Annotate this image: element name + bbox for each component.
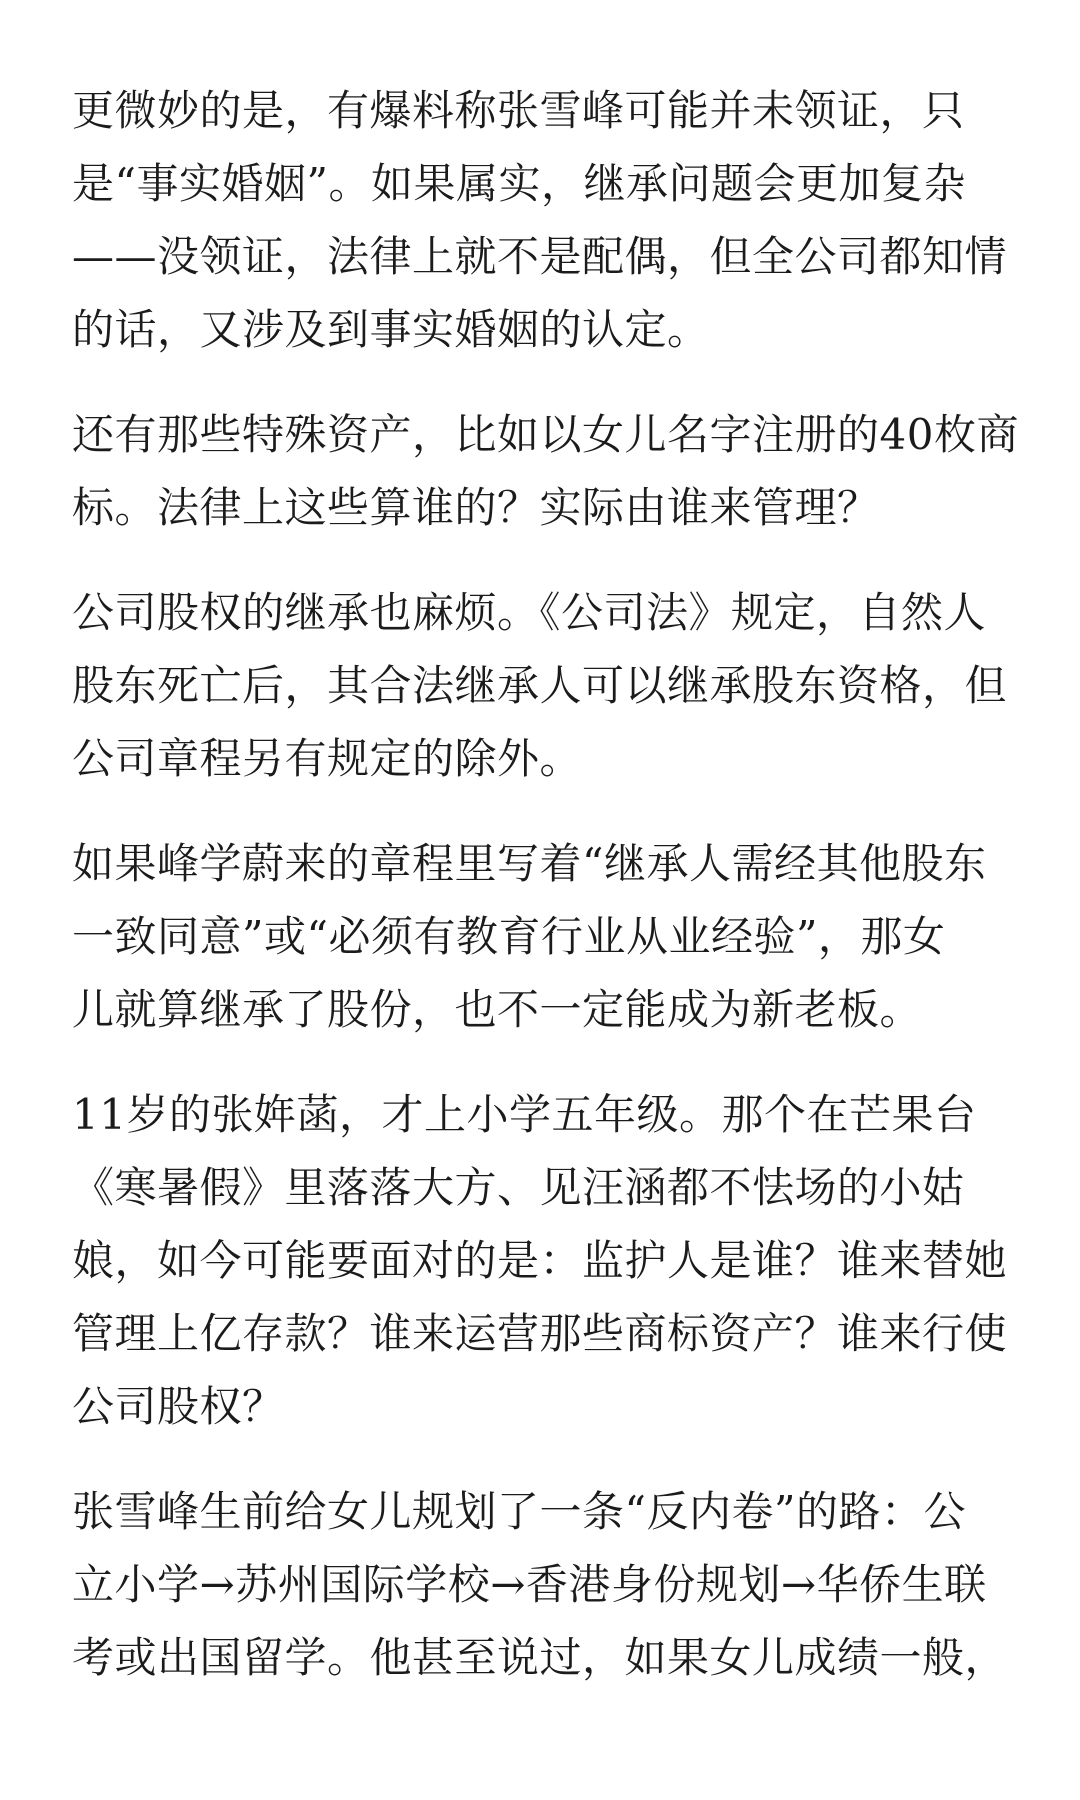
text-line: 一致同意”或“必须有教育行业从业经验”，那女 (72, 900, 1012, 973)
text-line: 考或出国留学。他甚至说过，如果女儿成绩一般， (72, 1621, 1012, 1694)
text-line: 如果峰学蔚来的章程里写着“继承人需经其他股东 (72, 827, 1012, 900)
text-line: 标。法律上这些算谁的？实际由谁来管理？ (72, 471, 1012, 544)
text-line: 的话，又涉及到事实婚姻的认定。 (72, 293, 1012, 366)
text-line: 股东死亡后，其合法继承人可以继承股东资格，但 (72, 649, 1012, 722)
paragraph-company-law: 公司股权的继承也麻烦。《公司法》规定，自然人 股东死亡后，其合法继承人可以继承股… (72, 576, 1012, 795)
text-line: 11岁的张姩菡，才上小学五年级。那个在芒果台 (72, 1078, 1012, 1151)
article-body: 更微妙的是，有爆料称张雪峰可能并未领证，只 是“事实婚姻”。如果属实，继承问题会… (72, 74, 1012, 1726)
paragraph-daughter-questions: 11岁的张姩菡，才上小学五年级。那个在芒果台 《寒暑假》里落落大方、见汪涵都不怯… (72, 1078, 1012, 1443)
text-line: 娘，如今可能要面对的是：监护人是谁？谁来替她 (72, 1224, 1012, 1297)
text-line: 公司章程另有规定的除外。 (72, 722, 1012, 795)
text-line: ——没领证，法律上就不是配偶，但全公司都知情 (72, 220, 1012, 293)
paragraph-marriage-status: 更微妙的是，有爆料称张雪峰可能并未领证，只 是“事实婚姻”。如果属实，继承问题会… (72, 74, 1012, 366)
text-line: 更微妙的是，有爆料称张雪峰可能并未领证，只 (72, 74, 1012, 147)
text-line: 立小学→苏州国际学校→香港身份规划→华侨生联 (72, 1548, 1012, 1621)
text-line: 儿就算继承了股份，也不一定能成为新老板。 (72, 973, 1012, 1046)
text-line: 公司股权？ (72, 1370, 1012, 1443)
text-line: 公司股权的继承也麻烦。《公司法》规定，自然人 (72, 576, 1012, 649)
text-line: 张雪峰生前给女儿规划了一条“反内卷”的路：公 (72, 1475, 1012, 1548)
paragraph-education-plan: 张雪峰生前给女儿规划了一条“反内卷”的路：公 立小学→苏州国际学校→香港身份规划… (72, 1475, 1012, 1694)
text-line: 《寒暑假》里落落大方、见汪涵都不怯场的小姑 (72, 1151, 1012, 1224)
text-line: 管理上亿存款？谁来运营那些商标资产？谁来行使 (72, 1297, 1012, 1370)
paragraph-trademark-assets: 还有那些特殊资产，比如以女儿名字注册的40枚商 标。法律上这些算谁的？实际由谁来… (72, 398, 1012, 544)
text-line: 是“事实婚姻”。如果属实，继承问题会更加复杂 (72, 147, 1012, 220)
text-line: 还有那些特殊资产，比如以女儿名字注册的40枚商 (72, 398, 1012, 471)
paragraph-company-charter: 如果峰学蔚来的章程里写着“继承人需经其他股东 一致同意”或“必须有教育行业从业经… (72, 827, 1012, 1046)
